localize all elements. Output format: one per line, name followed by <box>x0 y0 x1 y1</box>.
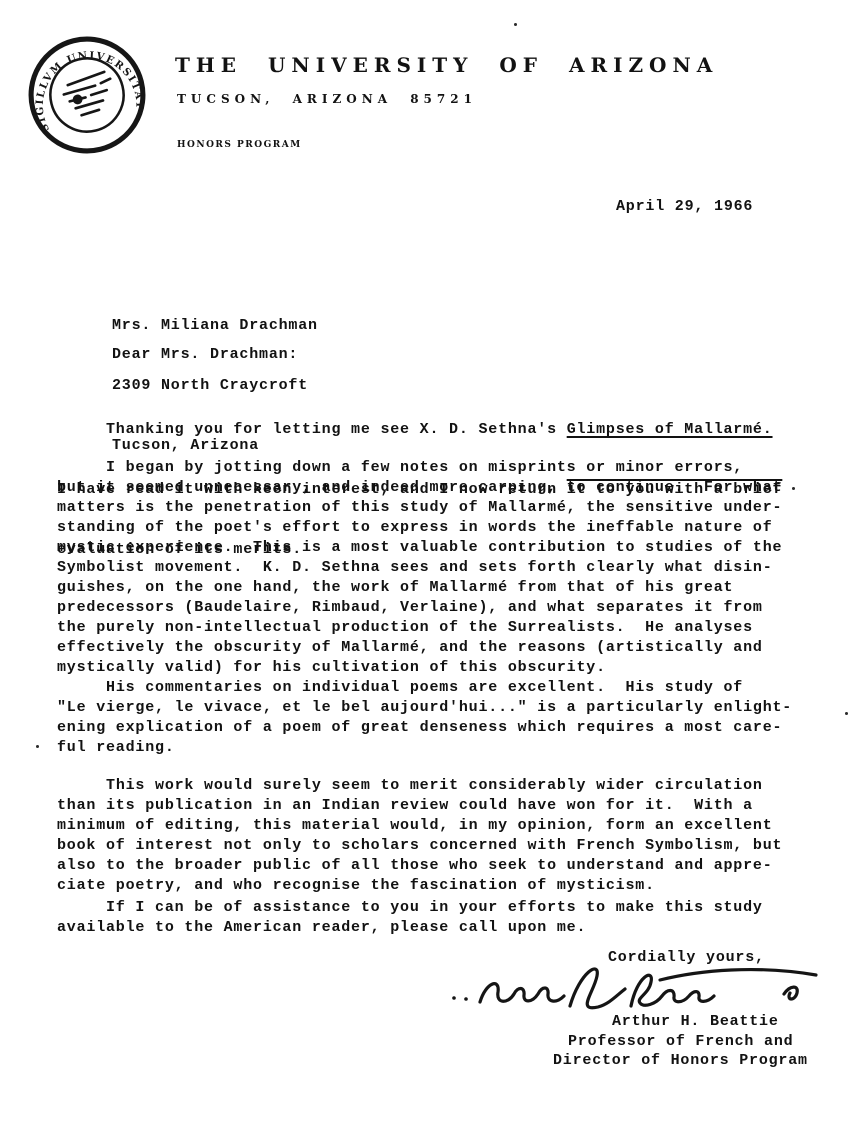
university-seal-icon: SIGILLVM UNIVERSITATIS ARIZ <box>26 34 148 156</box>
salutation: Dear Mrs. Drachman: <box>112 345 298 365</box>
paragraph-5: If I can be of assistance to you in your… <box>57 898 807 938</box>
recipient-name: Mrs. Miliana Drachman <box>112 316 318 336</box>
svg-text:SIGILLVM UNIVERSITATIS ARIZ: SIGILLVM UNIVERSITATIS ARIZ <box>26 34 148 138</box>
date-line: April 29, 1966 <box>616 197 753 217</box>
paragraph-4: This work would surely seem to merit con… <box>57 776 807 896</box>
seal-text: SIGILLVM UNIVERSITATIS ARIZ <box>26 34 148 138</box>
letterhead-department: HONORS PROGRAM <box>177 140 302 150</box>
seal-emblem <box>61 71 117 118</box>
letter-page: SIGILLVM UNIVERSITATIS ARIZ THE UNIVERSI… <box>0 0 861 1131</box>
signer-title-line-1: Professor of French and <box>568 1032 793 1052</box>
scan-speck <box>792 487 795 490</box>
scan-speck <box>845 712 848 715</box>
scan-speck <box>514 23 517 26</box>
letterhead-university: THE UNIVERSITY OF ARIZONA <box>175 53 718 77</box>
paragraph-3: His commentaries on individual poems are… <box>57 678 807 758</box>
p1-text: Thanking you for letting me see X. D. Se… <box>57 421 567 438</box>
signer-title-line-2: Director of Honors Program <box>553 1051 808 1071</box>
scan-speck <box>36 745 39 748</box>
book-title-underlined: Glimpses of Mallarmé. <box>567 421 773 438</box>
paragraph-1-line-1: Thanking you for letting me see X. D. Se… <box>57 420 807 440</box>
typed-signature-name: Arthur H. Beattie <box>612 1012 779 1032</box>
paragraph-2: I began by jotting down a few notes on m… <box>57 458 807 678</box>
letterhead-location: TUCSON, ARIZONA 85721 <box>177 92 477 106</box>
